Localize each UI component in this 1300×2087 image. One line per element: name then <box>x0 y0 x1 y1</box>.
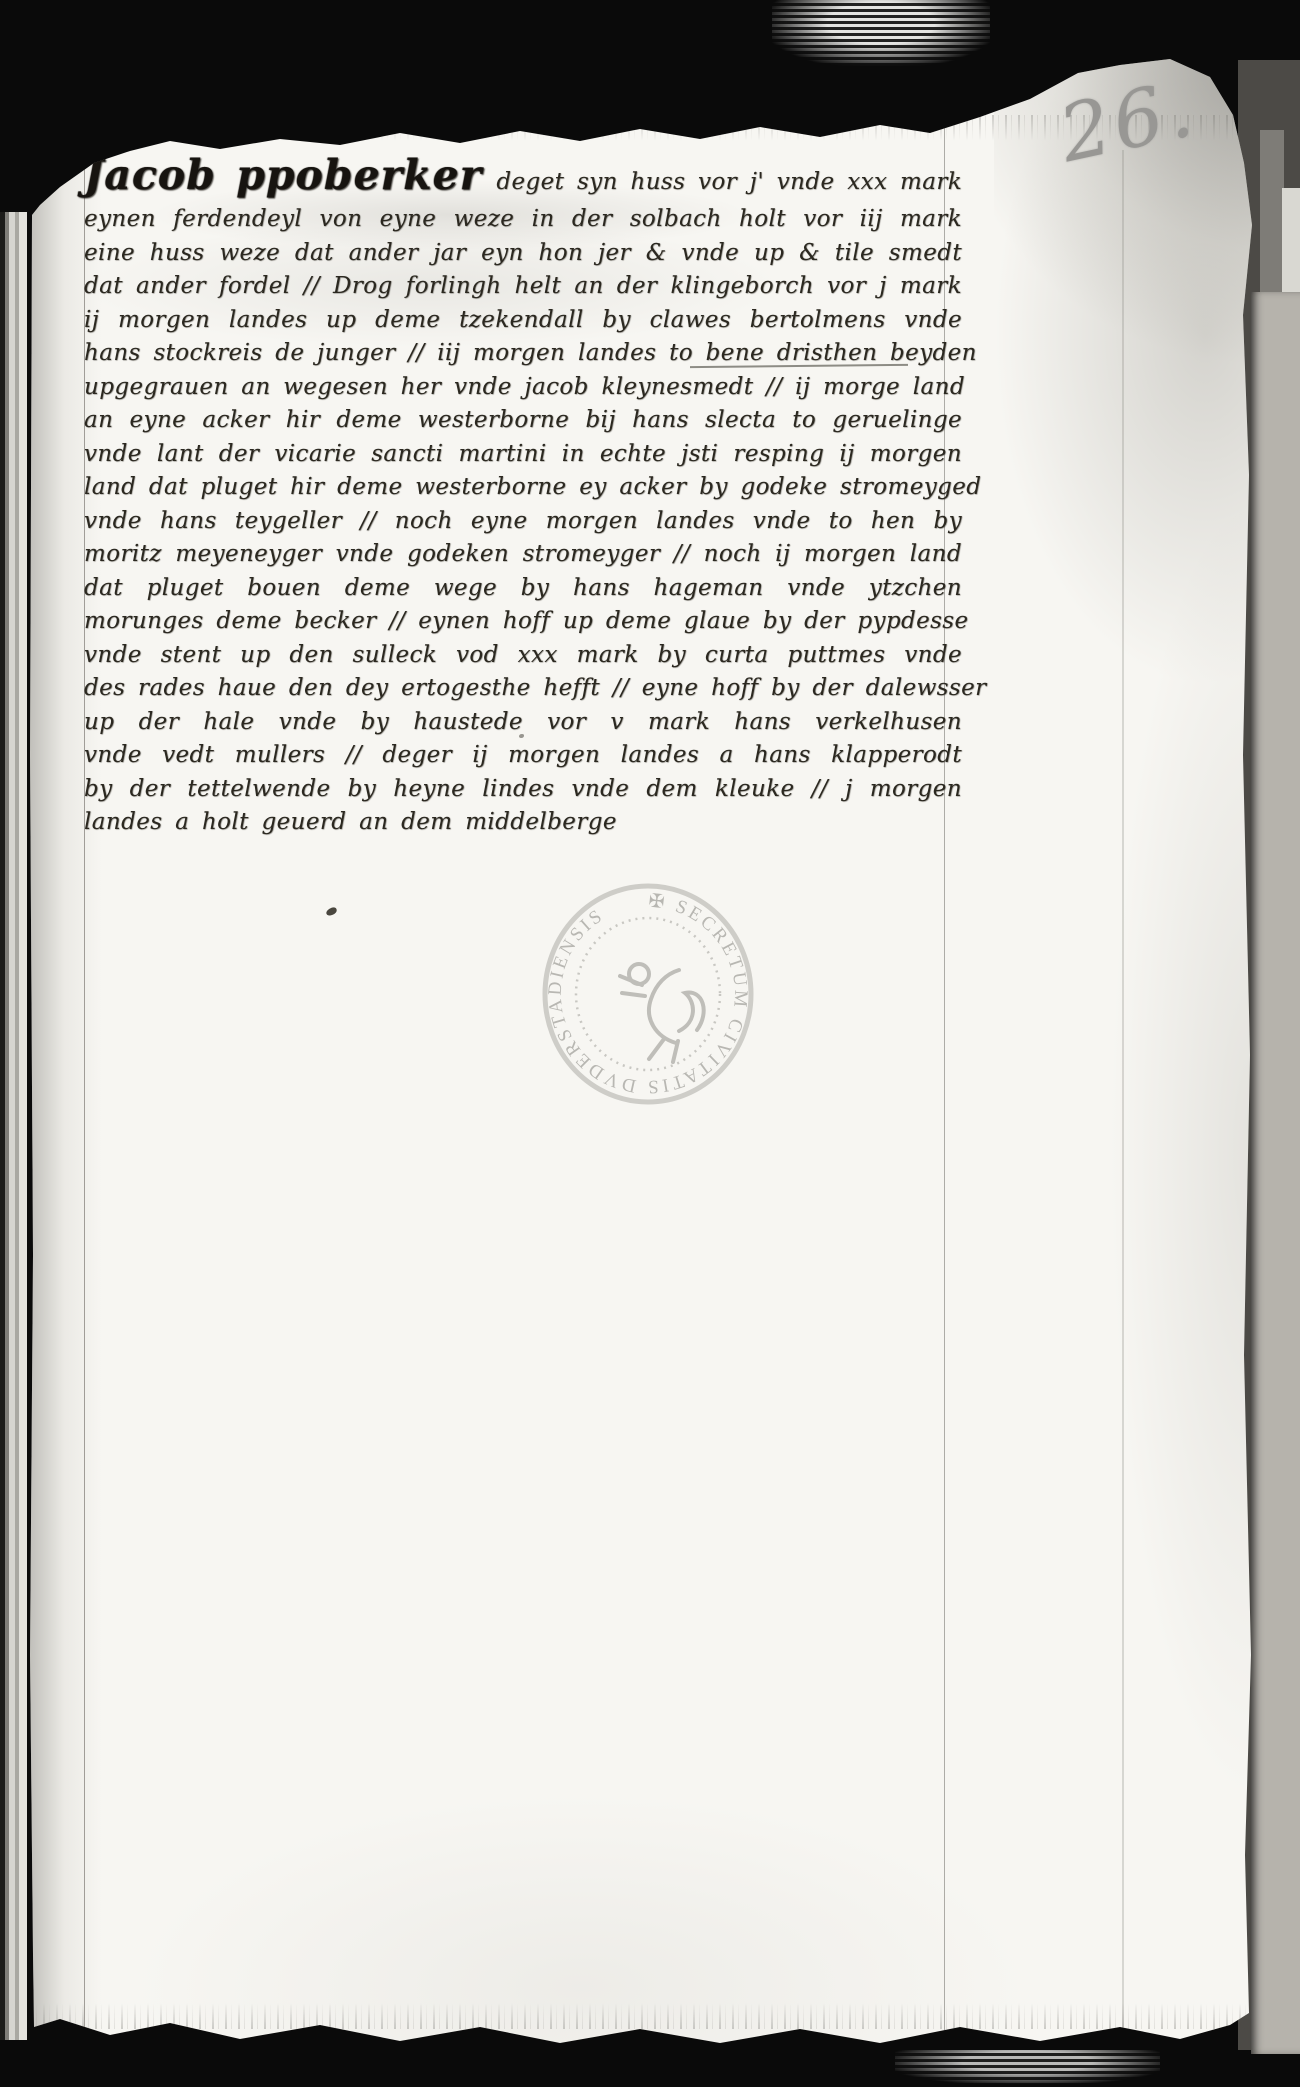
manuscript-line: upgegrauen an wegesen her vnde jacob kle… <box>84 371 962 405</box>
manuscript-line: vnde hans teygeller // noch eyne morgen … <box>84 505 962 539</box>
backing-board <box>1251 292 1300 2054</box>
manuscript-page: 26. Jacob ppoberkerdeget syn huss vor j'… <box>30 55 1254 2047</box>
scanner-glare-top <box>772 0 990 66</box>
manuscript-line: morunges deme becker // eynen hoff up de… <box>84 605 962 639</box>
scanner-glare-bottom <box>895 2050 1160 2084</box>
manuscript-line: landes a holt geuerd an dem middelberge <box>84 806 962 840</box>
ink-blot <box>325 906 338 916</box>
manuscript-line: dat pluget bouen deme wege by hans hagem… <box>84 572 962 606</box>
manuscript-scan: 26. Jacob ppoberkerdeget syn huss vor j'… <box>0 0 1300 2087</box>
page-edge-highlight <box>1282 188 1300 308</box>
page-crease <box>1122 150 1124 2028</box>
page-edge-strip <box>1260 130 1284 310</box>
manuscript-line: vnde lant der vicarie sancti martini in … <box>84 438 962 472</box>
manuscript-line: ij morgen landes up deme tzekendall by c… <box>84 304 962 338</box>
manuscript-line: eine huss weze dat ander jar eyn hon jer… <box>84 237 962 271</box>
frayed-bottom-edge <box>30 2003 1254 2029</box>
manuscript-line: dat ander fordel // Drog forlingh helt a… <box>84 270 962 304</box>
manuscript-line: Jacob ppoberkerdeget syn huss vor j' vnd… <box>84 147 962 203</box>
manuscript-line: an eyne acker hir deme westerborne bij h… <box>84 404 962 438</box>
manuscript-line: land dat pluget hir deme westerborne ey … <box>84 471 962 505</box>
manuscript-line: eynen ferdendeyl von eyne weze in der so… <box>84 203 962 237</box>
city-seal-stamp: ✠ SECRETUM CIVITATIS DVDERSTADIENSIS <box>538 881 758 1107</box>
manuscript-line: by der tettelwende by heyne lindes vnde … <box>84 773 962 807</box>
book-page-edges-left <box>0 212 27 2040</box>
manuscript-line: moritz meyeneyger vnde godeken stromeyge… <box>84 538 962 572</box>
lion-rampant-icon <box>620 964 704 1062</box>
entry-heading: Jacob ppoberker <box>84 151 482 199</box>
manuscript-line: vnde vedt mullers // deger ij morgen lan… <box>84 739 962 773</box>
manuscript-line-text: deget syn huss vor j' vnde xxx mark <box>496 169 962 195</box>
manuscript-line: des rades haue den dey ertogesthe hefft … <box>84 672 962 706</box>
manuscript-line: vnde stent up den sulleck vod xxx mark b… <box>84 639 962 673</box>
